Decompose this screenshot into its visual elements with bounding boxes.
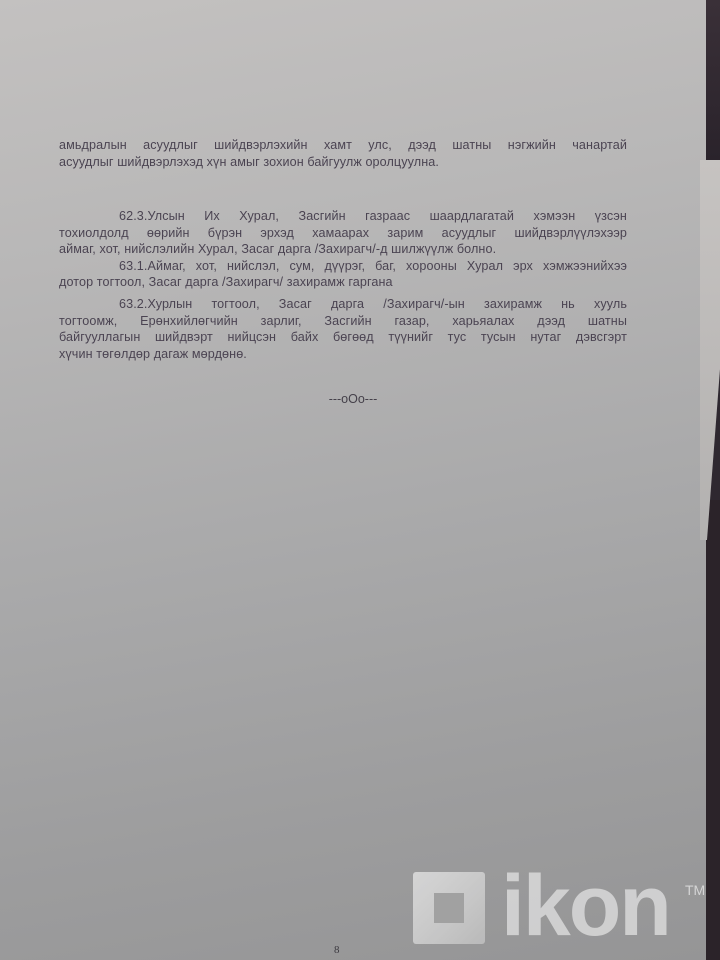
text-line: асуудлыг шийдвэрлэхэд хүн амыг зохион ба…: [59, 154, 627, 171]
watermark-text: ikon: [501, 860, 670, 952]
text-line: тогтоомж, Ерөнхийлөгчийн зарлиг, Засгийн…: [59, 313, 627, 330]
paragraph-continuation: амьдралын асуудлыг шийдвэрлэхийн хамт ул…: [59, 137, 627, 170]
end-separator: ---oOo---: [0, 392, 706, 406]
ikon-square-logo-icon: [413, 872, 485, 944]
page-edge-flap: [700, 160, 720, 540]
ikon-watermark: ikon TM: [413, 872, 713, 952]
trademark-symbol: TM: [685, 882, 705, 898]
text-line: 63.1.Аймаг, хот, нийслэл, сум, дүүрэг, б…: [59, 258, 627, 275]
text-line: 63.2.Хурлын тогтоол, Засаг дарга /Захира…: [59, 296, 627, 313]
text-line: 62.3.Улсын Их Хурал, Засгийн газраас шаа…: [59, 208, 627, 225]
text-line: байгууллагын шийдвэрт нийцсэн байх бөгөө…: [59, 329, 627, 346]
paragraph-62-3-and-63-1: 62.3.Улсын Их Хурал, Засгийн газраас шаа…: [59, 208, 627, 291]
text-line: амьдралын асуудлыг шийдвэрлэхийн хамт ул…: [59, 137, 627, 154]
text-line: дотор тогтоол, Засаг дарга /Захирагч/ за…: [59, 274, 627, 291]
text-line: аймаг, хот, нийслэлийн Хурал, Засаг дарг…: [59, 241, 627, 258]
text-line: тохиолдолд өөрийн бүрэн эрхэд хамаарах з…: [59, 225, 627, 242]
document-page: амьдралын асуудлыг шийдвэрлэхийн хамт ул…: [0, 0, 706, 960]
paragraph-63-2: 63.2.Хурлын тогтоол, Засаг дарга /Захира…: [59, 296, 627, 362]
page-number: 8: [334, 944, 340, 956]
text-line: хүчин төгөлдөр дагаж мөрдөнө.: [59, 346, 627, 363]
